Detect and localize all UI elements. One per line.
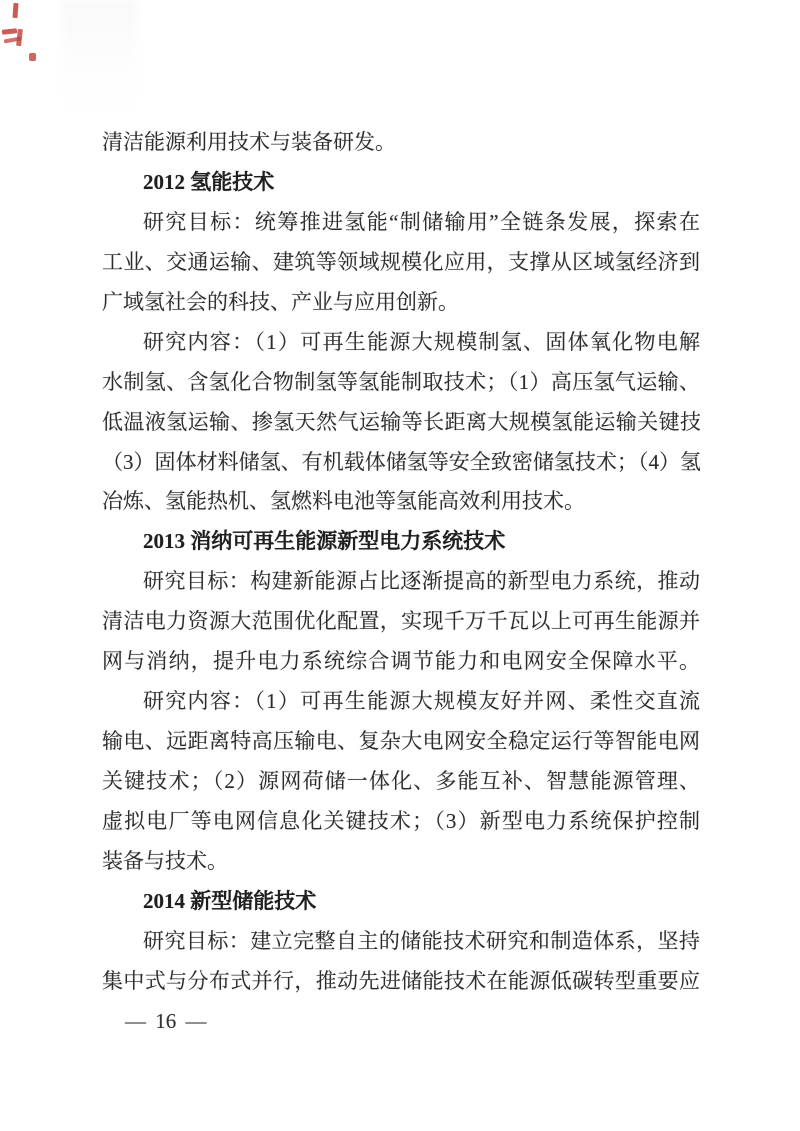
document-page: 清洁能源利用技术与装备研发。 2012 氢能技术 研究目标：统筹推进氢能“制储输… <box>0 0 800 1131</box>
text-line: 虚拟电厂等电网信息化关键技术；（3）新型电力系统保护控制 <box>102 802 700 842</box>
stamp-fragment-icon <box>12 3 18 18</box>
text-line: （3）固体材料储氢、有机载体储氢等安全致密储氢技术；（4）氢 <box>102 443 700 483</box>
text-line: 集中式与分布式并行，推动先进储能技术在能源低碳转型重要应 <box>102 962 700 1002</box>
section-heading-2012: 2012 氢能技术 <box>102 163 700 203</box>
stamp-fragment-icon <box>2 28 17 35</box>
text-line: 研究目标：统筹推进氢能“制储输用”全链条发展，探索在 <box>102 203 700 243</box>
text-line: 研究目标：构建新能源占比逐渐提高的新型电力系统，推动 <box>102 562 700 602</box>
text-line: 工业、交通运输、建筑等领域规模化应用，支撑从区域氢经济到 <box>102 243 700 283</box>
document-text-block: 清洁能源利用技术与装备研发。 2012 氢能技术 研究目标：统筹推进氢能“制储输… <box>102 123 700 1042</box>
scan-artifact <box>62 0 137 115</box>
text-line: 清洁电力资源大范围优化配置，实现千万千瓦以上可再生能源并 <box>102 602 700 642</box>
stamp-fragment-icon <box>16 29 23 46</box>
text-line: 研究内容：（1）可再生能源大规模制氢、固体氧化物电解 <box>102 323 700 363</box>
text-line: 研究目标：建立完整自主的储能技术研究和制造体系，坚持 <box>102 922 700 962</box>
text-line: 冶炼、氢能热机、氢燃料电池等氢能高效利用技术。 <box>102 482 700 522</box>
text-line: 清洁能源利用技术与装备研发。 <box>102 123 700 163</box>
text-line: 广域氢社会的科技、产业与应用创新。 <box>102 283 700 323</box>
text-line: 关键技术；（2）源网荷储一体化、多能互补、智慧能源管理、 <box>102 762 700 802</box>
stamp-fragment-icon <box>29 53 36 61</box>
text-line: 输电、远距离特高压输电、复杂大电网安全稳定运行等智能电网 <box>102 722 700 762</box>
section-heading-2013: 2013 消纳可再生能源新型电力系统技术 <box>102 522 700 562</box>
text-line: 网与消纳，提升电力系统综合调节能力和电网安全保障水平。 <box>102 642 700 682</box>
page-number: — 16 — <box>102 1002 700 1042</box>
text-line: 装备与技术。 <box>102 842 700 882</box>
text-line: 研究内容：（1）可再生能源大规模友好并网、柔性交直流 <box>102 682 700 722</box>
section-heading-2014: 2014 新型储能技术 <box>102 882 700 922</box>
text-line: 低温液氢运输、掺氢天然气运输等长距离大规模氢能运输关键技术； <box>102 403 700 443</box>
text-line: 水制氢、含氢化合物制氢等氢能制取技术；（1）高压氢气运输、 <box>102 363 700 403</box>
